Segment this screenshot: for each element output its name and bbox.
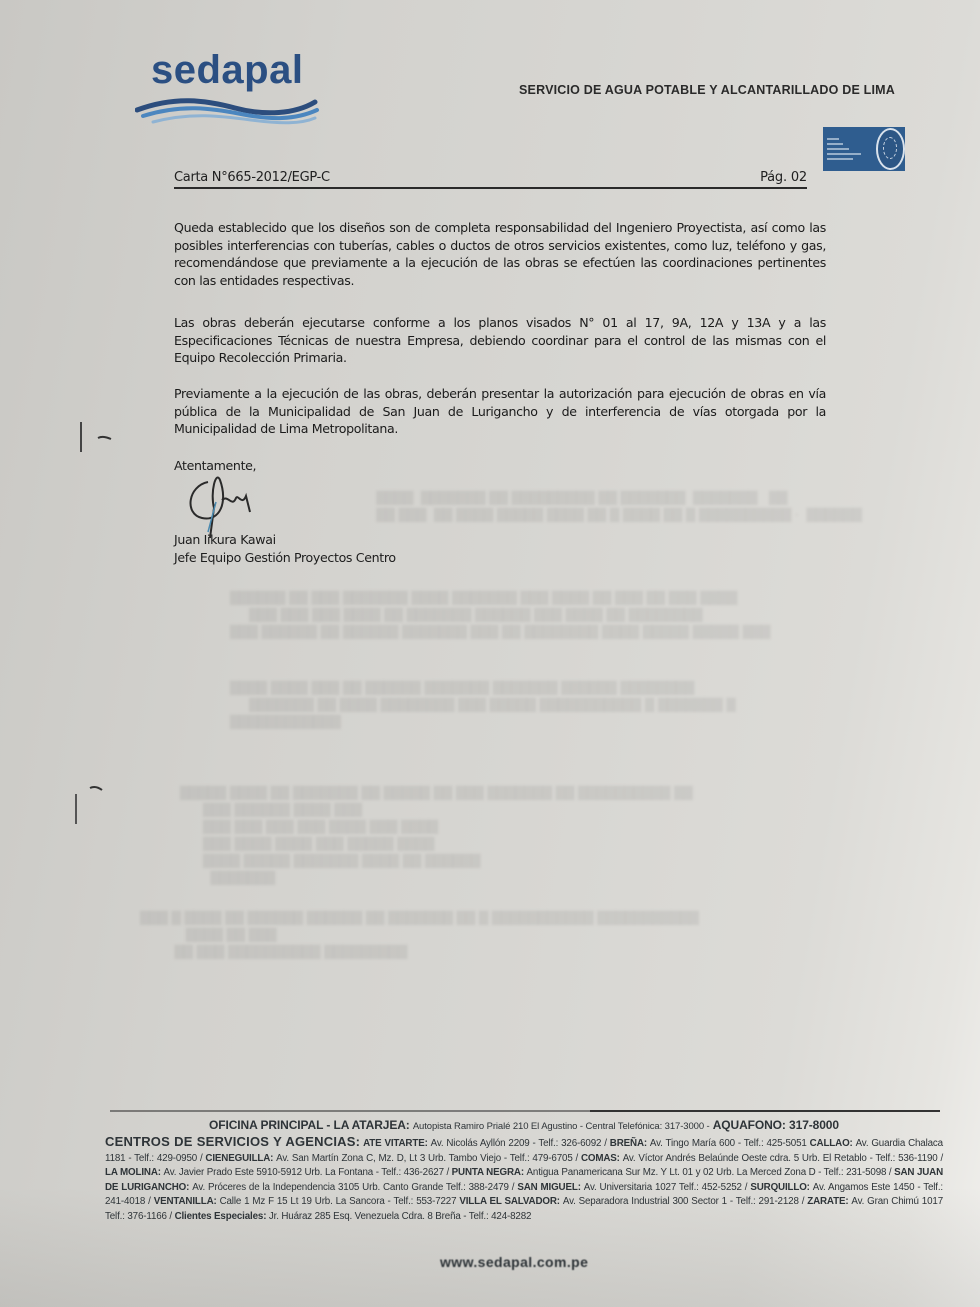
agency-name: CALLAO:	[810, 1138, 856, 1149]
agency-detail: Jr. Huáraz 285 Esq. Venezuela Cdra. 8 Br…	[269, 1211, 531, 1222]
bleed-through-text: ███ █ ████ ██ ██████ ██████ ██ ███████ █…	[140, 910, 699, 961]
water-waves-icon	[135, 92, 325, 128]
bleed-through-text: ████ ████ ███ ██ ██████ ███████ ███████ …	[230, 680, 736, 731]
agency-name: ZARATE:	[807, 1196, 851, 1207]
agency-name: VILLA EL SALVADOR:	[459, 1196, 563, 1207]
margin-mark-icon	[76, 420, 116, 460]
sedapal-logo: sedapal	[135, 48, 325, 128]
agency-detail: Calle 1 Mz F 15 Lt 19 Urb. La Sancora - …	[220, 1196, 460, 1207]
agency-detail: Av. Javier Prado Este 5910-5912 Urb. La …	[163, 1167, 451, 1178]
agency-name: BREÑA:	[610, 1138, 650, 1149]
signer-title: Jefe Equipo Gestión Proyectos Centro	[174, 550, 396, 565]
agency-name: LA MOLINA:	[105, 1167, 163, 1178]
service-centers-list: CENTROS DE SERVICIOS Y AGENCIAS: ATE VIT…	[105, 1135, 943, 1224]
handwritten-signature-icon	[180, 462, 270, 542]
footer-contact-block: OFICINA PRINCIPAL - LA ATARJEA: Autopist…	[105, 1117, 943, 1224]
footer-divider	[590, 1110, 940, 1112]
footer-divider	[110, 1110, 590, 1112]
paragraph-municipal-authorization: Previamente a la ejecución de las obras,…	[174, 385, 826, 438]
agency-detail: Antigua Panamericana Sur Mz. Y Lt. 01 y …	[527, 1167, 895, 1178]
agency-name: VENTANILLA:	[154, 1196, 220, 1207]
letter-reference-row: Carta N°665-2012/EGP-C Pág. 02	[174, 170, 807, 190]
website-link[interactable]: www.sedapal.com.pe	[440, 1254, 588, 1270]
agency-name: Clientes Especiales:	[175, 1211, 269, 1222]
signer-name: Juan Iikura Kawai	[174, 532, 276, 547]
agency-detail: Av. Nicolás Ayllón 2209 - Telf.: 326-609…	[431, 1138, 610, 1149]
agency-name: SAN MIGUEL:	[517, 1182, 583, 1193]
iso-certification-seal-icon	[823, 127, 905, 171]
reference-underline	[174, 187, 807, 189]
agency-name: CIENEGUILLA:	[205, 1153, 276, 1164]
bleed-through-text: █████ ████ ██ ███████ ██ █████ ██ ███ ██…	[180, 785, 693, 887]
certification-seal-emblem	[876, 128, 905, 170]
agency-name: ATE VITARTE:	[363, 1138, 431, 1149]
agency-detail: Av. Próceres de la Independencia 3105 Ur…	[192, 1182, 517, 1193]
margin-mark-icon	[70, 782, 110, 832]
organization-name: SERVICIO DE AGUA POTABLE Y ALCANTARILLAD…	[519, 83, 895, 97]
bleed-through-text: ████ ███████ ██ █████████ ██ ███████ ███…	[300, 490, 862, 524]
page-number: Pág. 02	[760, 170, 807, 185]
paragraph-approved-plans: Las obras deberán ejecutarse conforme a …	[174, 314, 826, 367]
agency-name: SURQUILLO:	[750, 1182, 812, 1193]
bleed-through-text: ██████ ██ ███ ███████ ████ ███████ ███ █…	[230, 590, 770, 641]
paragraph-design-responsibility: Queda establecido que los diseños son de…	[174, 219, 826, 289]
agency-detail: Av. Víctor Andrés Belaúnde Oeste cdra. 5…	[623, 1153, 943, 1164]
agency-name: PUNTA NEGRA:	[452, 1167, 527, 1178]
agency-detail: Av. Tingo María 600 - Telf.: 425-5051	[650, 1138, 810, 1149]
logo-wordmark: sedapal	[151, 48, 303, 93]
agency-detail: Av. San Martín Zona C, Mz. D, Lt 3 Urb. …	[276, 1153, 581, 1164]
agency-name: COMAS:	[581, 1153, 623, 1164]
agency-detail: Av. Universitaria 1027 Telf.: 452-5252 /	[584, 1182, 751, 1193]
agency-detail: Av. Separadora Industrial 300 Sector 1 -…	[563, 1196, 807, 1207]
letter-number: Carta N°665-2012/EGP-C	[174, 170, 330, 185]
main-office-line: OFICINA PRINCIPAL - LA ATARJEA: Autopist…	[105, 1117, 943, 1135]
